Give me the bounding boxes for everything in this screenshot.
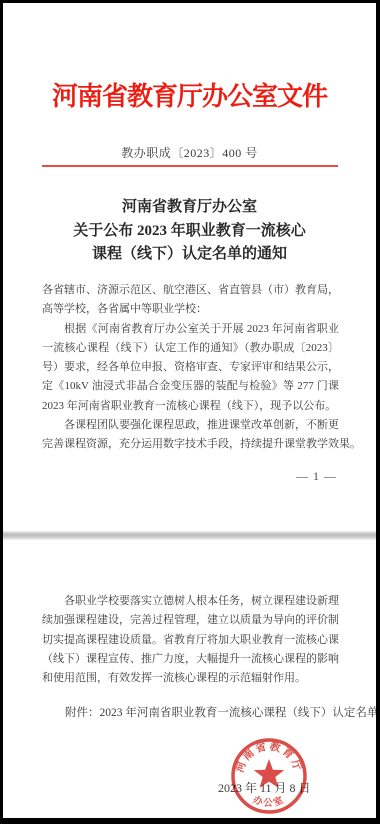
body-line: 各省辖市、济源示范区、航空港区、省直管县（市）教育局，各 <box>42 281 339 300</box>
body-line: 完善课程资源，充分运用数字技术手段，持续提升课堂教学效果。 <box>42 435 339 454</box>
seal-bottom-text: 办公室 <box>251 793 287 809</box>
page-break-separator <box>3 531 376 540</box>
body-line: 切实提高课程建设质量。省教育厅将加大职业教育一流核心课程 <box>42 631 339 650</box>
body-line: 2023 年河南省职业教育一流核心课程（线下），现予以公布。 <box>42 397 339 416</box>
attachment-line: 附件：2023 年河南省职业教育一流核心课程（线下）认定名单 <box>42 704 342 720</box>
page1-body: 各省辖市、济源示范区、航空港区、省直管县（市）教育局，各 高等学校，各省属中等职… <box>42 281 339 455</box>
body-line: 号）要求，经各单位申报、资格审查、专家评审和结果公示，认 <box>42 358 339 377</box>
document-number: 教办职成〔2023〕400 号 <box>3 144 376 161</box>
document-title-line2: 关于公布 2023 年职业教育一流核心 <box>3 220 376 244</box>
body-line: （线下）课程宣传、推广力度，大幅提升一流核心课程的影响力 <box>42 650 339 669</box>
svg-text:办公室: 办公室 <box>251 793 287 809</box>
document-title: 河南省教育厅办公室 关于公布 2023 年职业教育一流核心 课程（线下）认定名单… <box>3 196 376 267</box>
seal-star-icon <box>254 759 284 788</box>
page-number: — 1 — <box>296 469 337 484</box>
body-line: 一流核心课程（线下）认定工作的通知》（教办职成〔2023〕293 <box>42 339 339 358</box>
document-page: 河南省教育厅办公室文件 教办职成〔2023〕400 号 河南省教育厅办公室 关于… <box>3 3 376 818</box>
official-seal: 河南省教育厅 办公室 <box>219 726 319 818</box>
body-line: 和使用范围，有效发挥一流核心课程的示范辐射作用。 <box>42 669 339 688</box>
body-line: 定《10kV 油浸式非晶合金变压器的装配与检验》等 277 门课程为 <box>42 377 339 396</box>
body-line: 各课程团队要强化课程思政，推进课堂改革创新，不断更新 <box>42 416 339 435</box>
body-line: 各职业学校要落实立德树人根本任务，树立课程建设新理念，持 <box>42 592 339 611</box>
red-divider-line <box>42 165 338 167</box>
page2-body: 各职业学校要落实立德树人根本任务，树立课程建设新理念，持 续加强课程建设，完善过… <box>42 592 339 688</box>
document-title-line1: 河南省教育厅办公室 <box>3 196 376 220</box>
document-title-line3: 课程（线下）认定名单的通知 <box>3 243 376 267</box>
body-line: 续加强课程建设，完善过程管理，建立以质量为导向的评价制度， <box>42 611 339 630</box>
document-header-title: 河南省教育厅办公室文件 <box>3 82 376 112</box>
body-line: 根据《河南省教育厅办公室关于开展 2023 年河南省职业教育 <box>42 320 339 339</box>
document-photo: 河南省教育厅办公室文件 教办职成〔2023〕400 号 河南省教育厅办公室 关于… <box>0 0 380 824</box>
body-line: 高等学校，各省属中等职业学校： <box>42 300 339 319</box>
